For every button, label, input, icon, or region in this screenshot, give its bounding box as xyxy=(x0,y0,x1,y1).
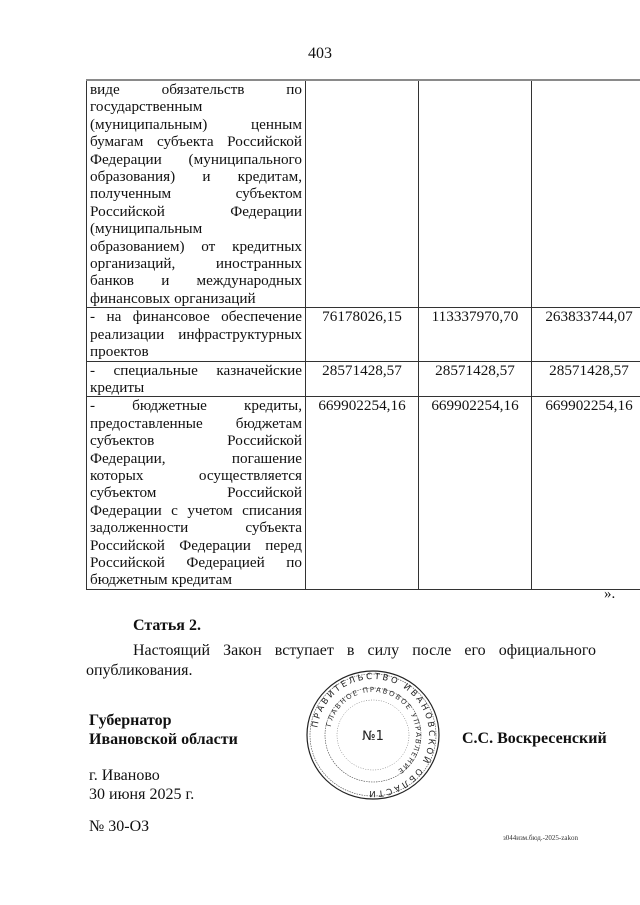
description-line: банков и международных xyxy=(90,272,302,289)
description-line: бумагам субъекта Российской xyxy=(90,133,302,150)
description-line: бюджетным кредитам xyxy=(90,571,302,588)
description-line: Российской Федерации xyxy=(90,203,302,220)
description-line: субъектом Российской xyxy=(90,484,302,501)
value-cell: 669902254,16 xyxy=(306,397,419,589)
stamp-seal-icon: ПРАВИТЕЛЬСТВО ИВАНОВСКОЙ ОБЛАСТИ ГЛАВНОЕ… xyxy=(290,669,456,801)
description-line: которых осуществляется xyxy=(90,467,302,484)
description-line: (муниципальным xyxy=(90,220,302,237)
row-description: - бюджетные кредиты,предоставленные бюдж… xyxy=(87,397,306,589)
description-line: Федерации, погашение xyxy=(90,450,302,467)
description-line: кредиты xyxy=(90,379,302,396)
description-line: предоставленные бюджетам xyxy=(90,415,302,432)
table-row: - на финансовое обеспечениереализации ин… xyxy=(87,308,640,361)
signatory-name: С.С. Воскресенский xyxy=(462,730,607,748)
signatory-title-line-1: Губернатор xyxy=(89,711,238,730)
value-cell xyxy=(306,80,419,308)
closing-quote: ». xyxy=(604,586,615,603)
description-line: полученным субъектом xyxy=(90,185,302,202)
row-description: - специальные казначейскиекредиты xyxy=(87,361,306,397)
description-line: - на финансовое обеспечение xyxy=(90,308,302,325)
table-row: виде обязательств погосударственным(муни… xyxy=(87,80,640,308)
description-line: Федерации (муниципального xyxy=(90,151,302,168)
svg-text:№1: №1 xyxy=(362,729,384,744)
value-cell xyxy=(419,80,532,308)
description-line: виде обязательств по xyxy=(90,81,302,98)
signatory-title: Губернатор Ивановской области xyxy=(89,711,238,749)
description-line: - бюджетные кредиты, xyxy=(90,397,302,414)
signatory-title-line-2: Ивановской области xyxy=(89,730,238,749)
description-line: - специальные казначейские xyxy=(90,362,302,379)
article-body-line-2: опубликования. xyxy=(86,662,193,679)
description-line: образованием) от кредитных xyxy=(90,238,302,255)
budget-table: виде обязательств погосударственным(муни… xyxy=(86,79,640,590)
file-code: з044изм.бюд.-2025-zakon xyxy=(503,834,578,842)
value-cell: 28571428,57 xyxy=(419,361,532,397)
description-line: государственным xyxy=(90,98,302,115)
law-number: № 30-ОЗ xyxy=(89,818,149,836)
description-line: задолженности субъекта xyxy=(90,519,302,536)
description-line: Российской Федерации перед xyxy=(90,537,302,554)
description-line: реализации инфраструктурных xyxy=(90,326,302,343)
description-line: (муниципальным) ценным xyxy=(90,116,302,133)
place-and-date: г. Иваново 30 июня 2025 г. xyxy=(89,766,194,804)
row-description: виде обязательств погосударственным(муни… xyxy=(87,80,306,308)
description-line: проектов xyxy=(90,343,302,360)
value-cell: 113337970,70 xyxy=(419,308,532,361)
value-cell: 263833744,07 xyxy=(532,308,640,361)
description-line: образования) и кредитам, xyxy=(90,168,302,185)
value-cell: 28571428,57 xyxy=(532,361,640,397)
official-stamp: ПРАВИТЕЛЬСТВО ИВАНОВСКОЙ ОБЛАСТИ ГЛАВНОЕ… xyxy=(290,669,456,801)
description-line: Федерации с учетом списания xyxy=(90,502,302,519)
table-row: - специальные казначейскиекредиты2857142… xyxy=(87,361,640,397)
value-cell: 28571428,57 xyxy=(306,361,419,397)
table-row: - бюджетные кредиты,предоставленные бюдж… xyxy=(87,397,640,589)
description-line: финансовых организаций xyxy=(90,290,302,307)
row-description: - на финансовое обеспечениереализации ин… xyxy=(87,308,306,361)
value-cell: 669902254,16 xyxy=(419,397,532,589)
article-heading: Статья 2. xyxy=(133,617,201,635)
city: г. Иваново xyxy=(89,766,194,785)
description-line: субъектов Российской xyxy=(90,432,302,449)
description-line: Российской Федерацией по xyxy=(90,554,302,571)
value-cell xyxy=(532,80,640,308)
value-cell: 669902254,16 xyxy=(532,397,640,589)
page-number: 403 xyxy=(0,45,640,63)
value-cell: 76178026,15 xyxy=(306,308,419,361)
article-body-line-1: Настоящий Закон вступает в силу после ег… xyxy=(86,641,596,661)
signing-date: 30 июня 2025 г. xyxy=(89,785,194,804)
description-line: организаций, иностранных xyxy=(90,255,302,272)
